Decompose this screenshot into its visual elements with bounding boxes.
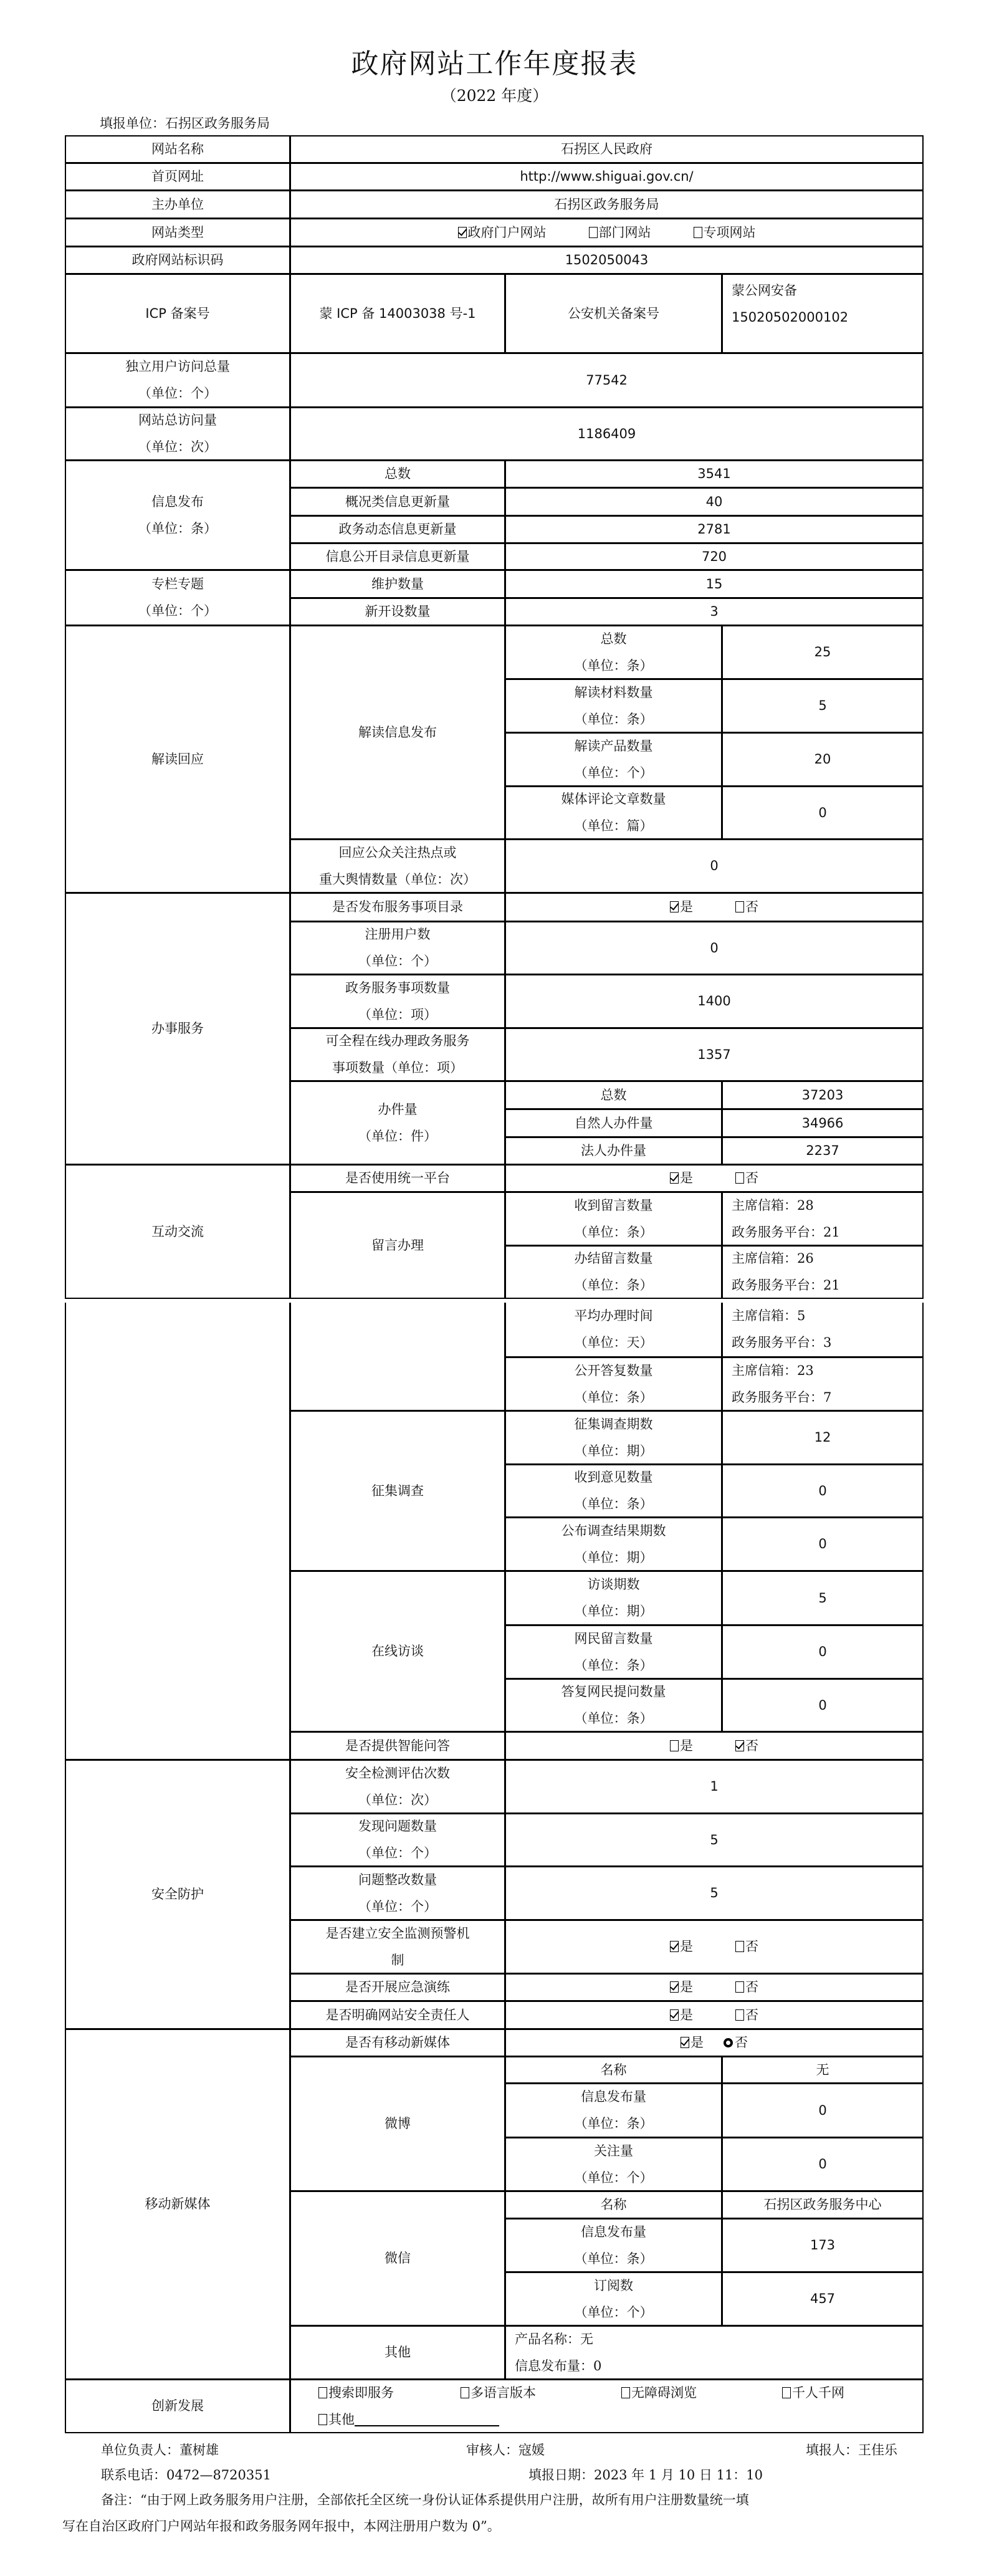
report-year: （2022 年度） [0,84,989,106]
site-type-options: 政府门户网站 部门网站 专项网站 [290,218,924,247]
site-code-label: 政府网站标识码 [65,246,290,274]
fill-date: 填报日期：2023 年 1 月 10 日 11：10 [528,2465,763,2484]
messages-received-label: 收到留言数量（单位：条） [505,1192,722,1246]
checkbox-icon [735,1172,744,1184]
messages-label: 留言办理 [290,1192,505,1299]
survey-results-label: 公布调查结果期数（单位：期） [505,1517,722,1571]
cases-total-label: 总数 [505,1081,722,1109]
registered-users-value: 0 [505,921,924,975]
wechat-subscribers-label: 订阅数（单位：个） [505,2272,722,2326]
interact-continued [65,1303,290,1760]
platform-yes[interactable]: 是 [670,1165,693,1192]
interpret-products-label: 解读产品数量（单位：个） [505,732,722,787]
drill-no[interactable]: 否 [735,1974,758,2001]
netizen-messages-label: 网民留言数量（单位：条） [505,1625,722,1679]
weibo-posts-value: 0 [722,2083,924,2138]
warning-yes[interactable]: 是 [670,1933,693,1960]
site-type-special-option[interactable]: 专项网站 [694,219,756,246]
messages-received-value: 主席信箱：28政务服务平台：21 [722,1192,924,1246]
cases-legal-label: 法人办件量 [505,1137,722,1165]
note-line-1: 备注：“由于网上政务服务用户注册，全部依托全区统一身份认证体系提供用户注册，故所… [101,2490,961,2509]
interview-periods-value: 5 [722,1571,924,1626]
checked-checkbox-icon [681,2037,689,2048]
wechat-posts-value: 173 [722,2218,924,2272]
owner-no[interactable]: 否 [735,2002,758,2029]
public-reply-value: 主席信箱：23政务服务平台：7 [722,1357,924,1411]
innovation-search-option[interactable]: 搜索即服务 [318,2380,461,2406]
survey-periods-value: 12 [722,1410,924,1465]
columns-new-label: 新开设数量 [290,598,505,626]
weibo-name-value: 无 [722,2056,924,2084]
issues-fixed-value: 5 [505,1866,924,1920]
interpret-materials-label: 解读材料数量（单位：条） [505,679,722,733]
homepage-label: 首页网址 [65,163,290,191]
site-type-label: 网站类型 [65,218,290,247]
wechat-subscribers-value: 457 [722,2272,924,2326]
weibo-name-label: 名称 [505,2056,722,2084]
interpret-total-value: 25 [722,625,924,679]
security-owner-options: 是 否 [505,2001,924,2029]
interview-label: 在线访谈 [290,1571,505,1732]
other-media-label: 其他 [290,2325,505,2380]
security-eval-label: 安全检测评估次数（单位：次） [290,1760,505,1814]
cases-person-value: 34966 [722,1109,924,1137]
has-media-no[interactable]: 否 [724,2029,748,2056]
checked-checkbox-icon [670,1941,679,1952]
drill-options: 是 否 [505,1973,924,2001]
issues-fixed-label: 问题整改数量（单位：个） [290,1866,505,1920]
columns-maintained-value: 15 [505,570,924,598]
columns-maintained-label: 维护数量 [290,570,505,598]
info-catalog-value: 720 [505,543,924,570]
checkbox-icon [621,2387,630,2398]
response-label: 回应公众关注热点或重大舆情数量（单位：次） [290,839,505,893]
smart-qa-options: 是 否 [505,1731,924,1760]
checkbox-icon [735,1981,744,1993]
checked-checkbox-icon [670,1172,679,1184]
checkbox-icon [318,2414,327,2425]
info-overview-value: 40 [505,487,924,516]
columns-label: 专栏专题（单位：个） [65,570,290,626]
checkbox-icon [461,2387,469,2398]
service-catalog-no[interactable]: 否 [735,894,758,921]
checkbox-icon [735,2009,744,2021]
opinions-value: 0 [722,1464,924,1518]
cases-person-label: 自然人办件量 [505,1109,722,1137]
security-label: 安全防护 [65,1760,290,2029]
wechat-name-label: 名称 [505,2191,722,2219]
media-label: 移动新媒体 [65,2029,290,2380]
columns-new-value: 3 [505,598,924,626]
interact-label: 互动交流 [65,1164,290,1299]
wechat-name-value: 石拐区政务服务中心 [722,2191,924,2219]
info-catalog-label: 信息公开目录信息更新量 [290,543,505,570]
smart-qa-label: 是否提供智能问答 [290,1731,505,1760]
issues-found-value: 5 [505,1813,924,1867]
note-line-2: 写在自治区政府门户网站年报和政务服务网年报中，本网注册用户数为 0”。 [62,2516,935,2535]
checkbox-icon [318,2387,327,2398]
messages-closed-value: 主席信箱：26政务服务平台：21 [722,1245,924,1299]
registered-users-label: 注册用户数（单位：个） [290,921,505,975]
netizen-messages-value: 0 [722,1625,924,1679]
interpret-media-value: 0 [722,786,924,840]
checked-checkbox-icon [458,227,467,238]
checkbox-icon [735,1941,744,1952]
drill-yes[interactable]: 是 [670,1974,693,2001]
police-record-label: 公安机关备案号 [505,274,722,353]
has-media-options: 是 否 [505,2029,924,2057]
site-type-portal-option[interactable]: 政府门户网站 [458,219,547,246]
security-eval-value: 1 [505,1760,924,1814]
site-code-value: 1502050043 [290,246,924,274]
weibo-label: 微博 [290,2056,505,2191]
checkbox-icon [694,227,702,238]
platform-no[interactable]: 否 [735,1165,758,1192]
online-items-value: 1357 [505,1028,924,1081]
unique-visitors-value: 77542 [290,353,924,408]
weibo-followers-label: 关注量（单位：个） [505,2137,722,2191]
response-value: 0 [505,839,924,893]
radio-icon [724,2038,733,2047]
info-news-value: 2781 [505,515,924,543]
innovation-label: 创新发展 [65,2379,290,2433]
sponsor-value: 石拐区政务服务局 [290,190,924,219]
answered-questions-label: 答复网民提问数量（单位：条） [505,1678,722,1732]
service-catalog-yes[interactable]: 是 [670,894,693,921]
checked-checkbox-icon [735,1740,744,1751]
public-reply-label: 公开答复数量（单位：条） [505,1357,722,1411]
info-total-value: 3541 [505,460,924,488]
interpret-total-label: 总数（单位：条） [505,625,722,679]
wechat-posts-label: 信息发布量（单位：条） [505,2218,722,2272]
other-media-value: 产品名称：无信息发布量：0 [505,2325,924,2380]
owner-yes[interactable]: 是 [670,2002,693,2029]
sponsor-label: 主办单位 [65,190,290,219]
smart-qa-no[interactable]: 否 [735,1733,758,1760]
site-name-value: 石拐区人民政府 [290,135,924,163]
weibo-posts-label: 信息发布量（单位：条） [505,2083,722,2138]
avg-time-label: 平均办理时间（单位：天） [505,1303,722,1357]
security-owner-label: 是否明确网站安全责任人 [290,2001,505,2029]
checked-checkbox-icon [670,2009,679,2021]
contact-phone: 联系电话：0472—8720351 [101,2465,271,2484]
info-overview-label: 概况类信息更新量 [290,487,505,516]
innovation-options: 搜索即服务多语言版本无障碍浏览千人千网 其他 [290,2379,924,2433]
avg-time-value: 主席信箱：5政务服务平台：3 [722,1303,924,1357]
checkbox-icon [589,227,598,238]
unit-leader: 单位负责人：董树雄 [101,2440,219,2459]
filling-unit: 填报单位：石拐区政务服务局 [100,113,270,132]
survey-results-value: 0 [722,1517,924,1571]
checkbox-icon [670,1740,679,1751]
police-record-value: 蒙公网安备15020502000102 [722,274,924,353]
online-items-label: 可全程在线办理政务服务事项数量（单位：项） [290,1028,505,1081]
icp-label: ICP 备案号 [65,274,290,353]
issues-found-label: 发现问题数量（单位：个） [290,1813,505,1867]
report-title: 政府网站工作年度报表 [0,41,989,81]
page-views-value: 1186409 [290,407,924,461]
page-views-label: 网站总访问量（单位：次） [65,407,290,461]
innovation-other-blank[interactable] [355,2413,499,2426]
innovation-other-option[interactable]: 其他 [318,2406,844,2433]
checkbox-icon [735,901,744,912]
warning-mechanism-label: 是否建立安全监测预警机制 [290,1920,505,1974]
platform-options: 是 否 [505,1164,924,1192]
interpret-products-value: 20 [722,732,924,787]
icp-value: 蒙 ICP 备 14003038 号-1 [290,274,505,353]
wechat-label: 微信 [290,2191,505,2326]
service-items-value: 1400 [505,974,924,1028]
innovation-personalized-option[interactable]: 千人千网 [782,2380,844,2406]
interpret-materials-value: 5 [722,679,924,733]
cases-legal-value: 2237 [722,1137,924,1165]
opinions-label: 收到意见数量（单位：条） [505,1464,722,1518]
site-name-label: 网站名称 [65,135,290,163]
service-catalog-options: 是 否 [505,893,924,922]
innovation-multilang-option[interactable]: 多语言版本 [461,2380,621,2406]
messages-continued [290,1303,505,1411]
answered-questions-value: 0 [722,1678,924,1732]
reviewer: 审核人：寇媛 [466,2440,545,2459]
info-release-label: 信息发布（单位：条） [65,460,290,570]
interpret-media-label: 媒体评论文章数量（单位：篇） [505,786,722,840]
interview-periods-label: 访谈期数（单位：期） [505,1571,722,1626]
checkbox-icon [782,2387,791,2398]
weibo-followers-value: 0 [722,2137,924,2191]
site-type-department-option[interactable]: 部门网站 [589,219,651,246]
platform-label: 是否使用统一平台 [290,1164,505,1192]
unique-visitors-label: 独立用户访问总量（单位：个） [65,353,290,408]
cases-total-value: 37203 [722,1081,924,1109]
checked-checkbox-icon [670,1981,679,1993]
warning-mechanism-options: 是 否 [505,1920,924,1974]
interpret-release-label: 解读信息发布 [290,625,505,840]
form-filler: 填报人：王佳乐 [806,2440,897,2459]
service-label: 办事服务 [65,893,290,1165]
survey-label: 征集调查 [290,1410,505,1571]
cases-label: 办件量（单位：件） [290,1081,505,1165]
checked-checkbox-icon [670,901,679,912]
service-catalog-label: 是否发布服务事项目录 [290,893,505,922]
warning-no[interactable]: 否 [735,1933,758,1960]
smart-qa-yes[interactable]: 是 [670,1733,693,1760]
info-total-label: 总数 [290,460,505,488]
info-news-label: 政务动态信息更新量 [290,515,505,543]
messages-closed-label: 办结留言数量（单位：条） [505,1245,722,1299]
has-media-label: 是否有移动新媒体 [290,2029,505,2057]
interpret-label: 解读回应 [65,625,290,893]
drill-label: 是否开展应急演练 [290,1973,505,2001]
homepage-link[interactable]: http://www.shiguai.gov.cn/ [290,163,924,191]
innovation-accessibility-option[interactable]: 无障碍浏览 [621,2380,782,2406]
survey-periods-label: 征集调查期数（单位：期） [505,1410,722,1465]
service-items-label: 政务服务事项数量（单位：项） [290,974,505,1028]
has-media-yes[interactable]: 是 [681,2029,704,2056]
